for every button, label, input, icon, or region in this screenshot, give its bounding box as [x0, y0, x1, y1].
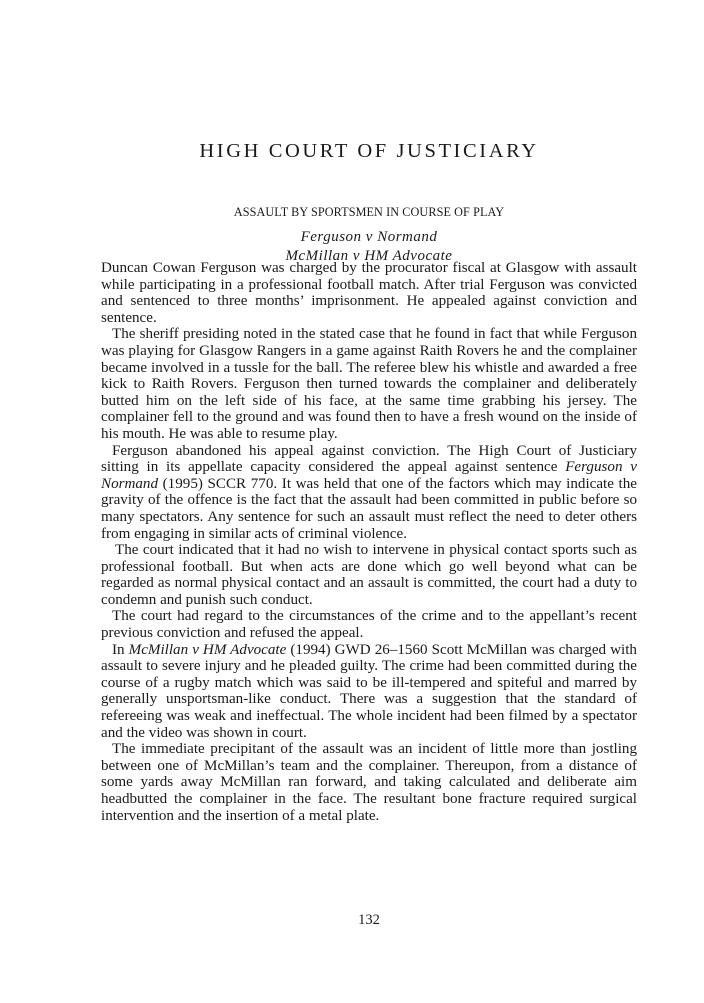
- paragraph-1: Duncan Cowan Ferguson was charged by the…: [101, 260, 637, 326]
- page-number: 132: [101, 912, 637, 929]
- court-title: HIGH COURT OF JUSTICIARY: [101, 140, 637, 163]
- section-title: ASSAULT BY SPORTSMEN IN COURSE OF PLAY: [101, 205, 637, 220]
- paragraph-5: The court had regard to the circumstance…: [101, 608, 637, 641]
- paragraph-3-lead: Ferguson abandoned his appeal against co…: [101, 443, 637, 476]
- paragraph-6: In McMillan v HM Advocate (1994) GWD 26–…: [101, 642, 637, 742]
- paragraph-6-lead: In: [112, 642, 129, 658]
- paragraph-4: The court indicated that it had no wish …: [101, 542, 637, 608]
- paragraph-3: Ferguson abandoned his appeal against co…: [101, 443, 637, 543]
- paragraph-2: The sheriff presiding noted in the state…: [101, 326, 637, 442]
- body-text: Duncan Cowan Ferguson was charged by the…: [101, 260, 637, 824]
- case-citation-mcmillan: McMillan v HM Advocate: [129, 642, 287, 658]
- case-name-ferguson: Ferguson v Normand: [101, 228, 637, 247]
- paragraph-7: The immediate precipitant of the assault…: [101, 741, 637, 824]
- paragraph-3-rest: (1995) SCCR 770. It was held that one of…: [101, 476, 637, 542]
